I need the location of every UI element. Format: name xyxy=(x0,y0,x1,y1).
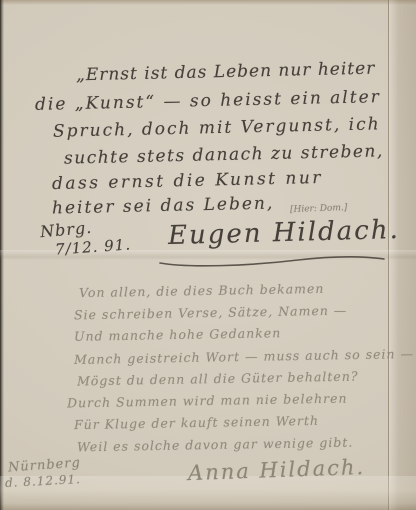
handwritten-line: Weil es solche davon gar wenige gibt. xyxy=(77,435,354,455)
handwritten-line: suchte stets danach zu streben, xyxy=(64,141,384,168)
signature-eugen-hildach: Eugen Hildach. xyxy=(168,215,401,251)
handwritten-line: Sie schreiben Verse, Sätze, Namen — xyxy=(74,303,348,323)
handwritten-line: „Ernst ist das Leben nur heiter xyxy=(76,59,376,86)
handwritten-line: Von allen, die dies Buch bekamen xyxy=(79,281,325,300)
handwritten-line: Für Kluge der kauft seinen Werth xyxy=(74,413,319,432)
handwritten-line: Und manche hohe Gedanken xyxy=(74,325,281,344)
autograph-page-photo: „Ernst ist das Leben nur heiter die „Kun… xyxy=(0,0,416,510)
handwritten-line: heiter sei das Leben, xyxy=(52,193,275,218)
handwritten-line: dass ernst die Kunst nur xyxy=(52,168,323,194)
handwritten-line: Mögst du denn all die Güter behalten? xyxy=(77,369,359,389)
handwritten-line: Spruch, doch mit Vergunst, ich xyxy=(53,114,381,141)
handwritten-line: Durch Summen wird man nie belehren xyxy=(67,391,348,411)
handwritten-line: Manch geistreich Wort — muss auch so sei… xyxy=(74,346,414,367)
signature-flourish xyxy=(158,252,386,268)
margin-note: [Hier: Dom.] xyxy=(290,203,348,215)
handwritten-line: die „Kunst“ — so heisst ein alter xyxy=(35,87,381,115)
